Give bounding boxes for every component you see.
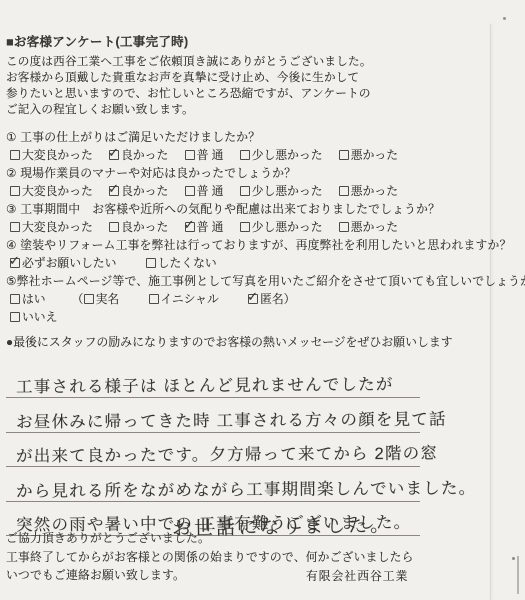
checkbox[interactable]	[84, 294, 94, 304]
handwritten-line: が出来て良かったです。夕方帰って来てから 2階の窓	[16, 440, 438, 467]
survey-title: ■お客様アンケート(工事完了時)	[6, 32, 372, 50]
handwritten-line: 工事される様子は ほとんど見れませんでしたが	[16, 371, 394, 398]
option-label: したくない	[158, 256, 217, 270]
option-label: 少し悪かった	[252, 184, 323, 198]
question-4-options: 必ずお願いしたい したくない	[6, 254, 525, 272]
option-label: 匿名	[260, 292, 284, 306]
checkbox[interactable]	[248, 294, 258, 304]
scan-speck	[503, 17, 506, 20]
checkbox[interactable]	[10, 222, 20, 232]
option-label: 普 通	[197, 184, 224, 198]
questions-section: ① 工事の仕上がりはご満足いただけましたか？ 大変良かった 良かった 普 通 少…	[6, 128, 525, 326]
footer-section: ご協力頂きありがとうございました。 工事終了してからがお客様との関係の始まりです…	[6, 529, 486, 585]
question-2-label: ② 現場作業員のマナーや対応は良かったでしょうか？	[6, 164, 525, 182]
intro-line: お客様から頂戴した貴重なお声を真摯に受け止め、今後に生かして	[6, 70, 372, 86]
question-5-no-row: いいえ	[6, 308, 525, 326]
footer-contact: いつでもご連絡お願い致します。	[6, 566, 486, 585]
question-4-label: ④ 塗装やリフォーム工事を弊社は行っておりますが、再度弊社を利用したいと思われま…	[6, 236, 525, 254]
option-bad[interactable]: 悪かった	[339, 182, 398, 200]
option-good[interactable]: 良かった	[109, 182, 168, 200]
question-1-label: ① 工事の仕上がりはご満足いただけましたか？	[6, 128, 525, 146]
checkbox[interactable]	[240, 186, 250, 196]
option-label: イニシャル	[161, 292, 219, 306]
checkbox[interactable]	[339, 222, 349, 232]
checkbox[interactable]	[185, 222, 195, 232]
checkbox[interactable]	[10, 294, 20, 304]
question-2-options: 大変良かった 良かった 普 通 少し悪かった 悪かった	[6, 182, 525, 200]
ruled-line: から見れる所をながめながら工事期間楽しんでいました。	[6, 467, 420, 502]
question-3-options: 大変良かった 良かった 普 通 少し悪かった 悪かった	[6, 218, 525, 236]
option-label: 悪かった	[351, 220, 398, 234]
option-label: 良かった	[121, 184, 168, 198]
intro-line: ご記入の程宜しくお願い致します。	[6, 102, 372, 118]
option-label: 必ずお願いしたい	[22, 256, 116, 270]
option-label: 普 通	[197, 220, 224, 234]
option-real-name[interactable]: 実名	[84, 290, 120, 308]
option-normal[interactable]: 普 通	[185, 218, 224, 236]
option-very-good[interactable]: 大変良かった	[10, 146, 93, 164]
ruled-line: お昼休みに帰ってきた時 工事される方々の顔を見て話	[6, 398, 420, 433]
checkbox[interactable]	[10, 186, 20, 196]
survey-header: ■お客様アンケート(工事完了時) この度は西谷工業へ工事をご依頼頂き誠にありがと…	[6, 32, 372, 118]
option-normal[interactable]: 普 通	[185, 146, 224, 164]
question-3-label: ③ 工事期間中 お客様や近所への気配りや配慮は出来ておりましたでしょうか？	[6, 200, 525, 218]
option-label: 悪かった	[351, 184, 398, 198]
option-very-good[interactable]: 大変良かった	[10, 182, 93, 200]
company-name: 有限会社西谷工業	[306, 567, 408, 584]
scan-edge-mark	[517, 556, 519, 594]
option-slightly-bad[interactable]: 少し悪かった	[240, 182, 323, 200]
option-slightly-bad[interactable]: 少し悪かった	[240, 218, 323, 236]
checkbox[interactable]	[109, 222, 119, 232]
question-1-options: 大変良かった 良かった 普 通 少し悪かった 悪かった	[6, 146, 525, 164]
handwritten-line: から見れる所をながめながら工事期間楽しんでいました。	[16, 474, 476, 501]
option-label: 悪かった	[351, 148, 398, 162]
option-bad[interactable]: 悪かった	[339, 146, 398, 164]
checkbox[interactable]	[10, 258, 20, 268]
option-no[interactable]: いいえ	[10, 308, 57, 326]
checkbox[interactable]	[109, 150, 119, 160]
question-5-label: ⑤弊社ホームページ等で、施工事例として写真を用いたご紹介をさせて頂いても宜しいで…	[6, 272, 525, 290]
paren-open: （	[72, 292, 84, 306]
option-label: いいえ	[22, 310, 57, 324]
option-label: 少し悪かった	[252, 148, 323, 162]
checkbox[interactable]	[10, 312, 20, 322]
option-bad[interactable]: 悪かった	[339, 218, 398, 236]
option-good[interactable]: 良かった	[109, 218, 168, 236]
option-definitely-again[interactable]: 必ずお願いしたい	[10, 254, 116, 272]
checkbox[interactable]	[240, 150, 250, 160]
checkbox[interactable]	[149, 294, 159, 304]
checkbox[interactable]	[339, 150, 349, 160]
intro-line: 参りたいと思いますので、お忙しいところ恐縮ですが、アンケートの	[6, 86, 372, 102]
option-very-good[interactable]: 大変良かった	[10, 218, 93, 236]
checkbox[interactable]	[185, 186, 195, 196]
option-label: 実名	[96, 292, 120, 306]
option-label: 大変良かった	[22, 184, 93, 198]
option-no-thanks[interactable]: したくない	[146, 254, 217, 272]
intro-line: この度は西谷工業へ工事をご依頼頂き誠にありがとうございました。	[6, 54, 372, 70]
handwritten-line: お昼休みに帰ってきた時 工事される方々の顔を見て話	[16, 405, 447, 432]
message-section: ●最後にスタッフの励みになりますのでお客様の熱いメッセージをぜひお願いします 工…	[6, 333, 453, 536]
option-label: 良かった	[121, 148, 168, 162]
option-label: 普 通	[197, 148, 224, 162]
checkbox[interactable]	[109, 186, 119, 196]
checkbox[interactable]	[146, 258, 156, 268]
option-label: 良かった	[121, 220, 168, 234]
question-5-yes-row: はい（実名 イニシャル 匿名）	[6, 290, 525, 308]
option-label: 大変良かった	[22, 220, 93, 234]
checkbox[interactable]	[339, 186, 349, 196]
option-anonymous[interactable]: 匿名	[248, 290, 284, 308]
option-normal[interactable]: 普 通	[185, 182, 224, 200]
footer-relationship: 工事終了してからがお客様との関係の始まりですので、何かございましたら	[6, 548, 486, 567]
ruled-line: が出来て良かったです。夕方帰って来てから 2階の窓	[6, 433, 420, 468]
footer-thanks: ご協力頂きありがとうございました。	[6, 529, 486, 548]
option-label: はい	[22, 292, 46, 306]
checkbox[interactable]	[185, 150, 195, 160]
option-label: 大変良かった	[22, 148, 93, 162]
scanned-survey-page: ■お客様アンケート(工事完了時) この度は西谷工業へ工事をご依頼頂き誠にありがと…	[0, 0, 525, 600]
option-slightly-bad[interactable]: 少し悪かった	[240, 146, 323, 164]
option-good[interactable]: 良かった	[109, 146, 168, 164]
message-prompt: ●最後にスタッフの励みになりますのでお客様の熱いメッセージをぜひお願いします	[6, 333, 453, 350]
option-initials[interactable]: イニシャル	[149, 290, 219, 308]
paren-close: ）	[284, 292, 296, 306]
scan-speck	[512, 557, 515, 560]
option-yes[interactable]: はい	[10, 290, 46, 308]
checkbox[interactable]	[10, 150, 20, 160]
checkbox[interactable]	[240, 222, 250, 232]
ruled-line: 工事される様子は ほとんど見れませんでしたが	[6, 364, 420, 398]
option-label: 少し悪かった	[252, 220, 323, 234]
